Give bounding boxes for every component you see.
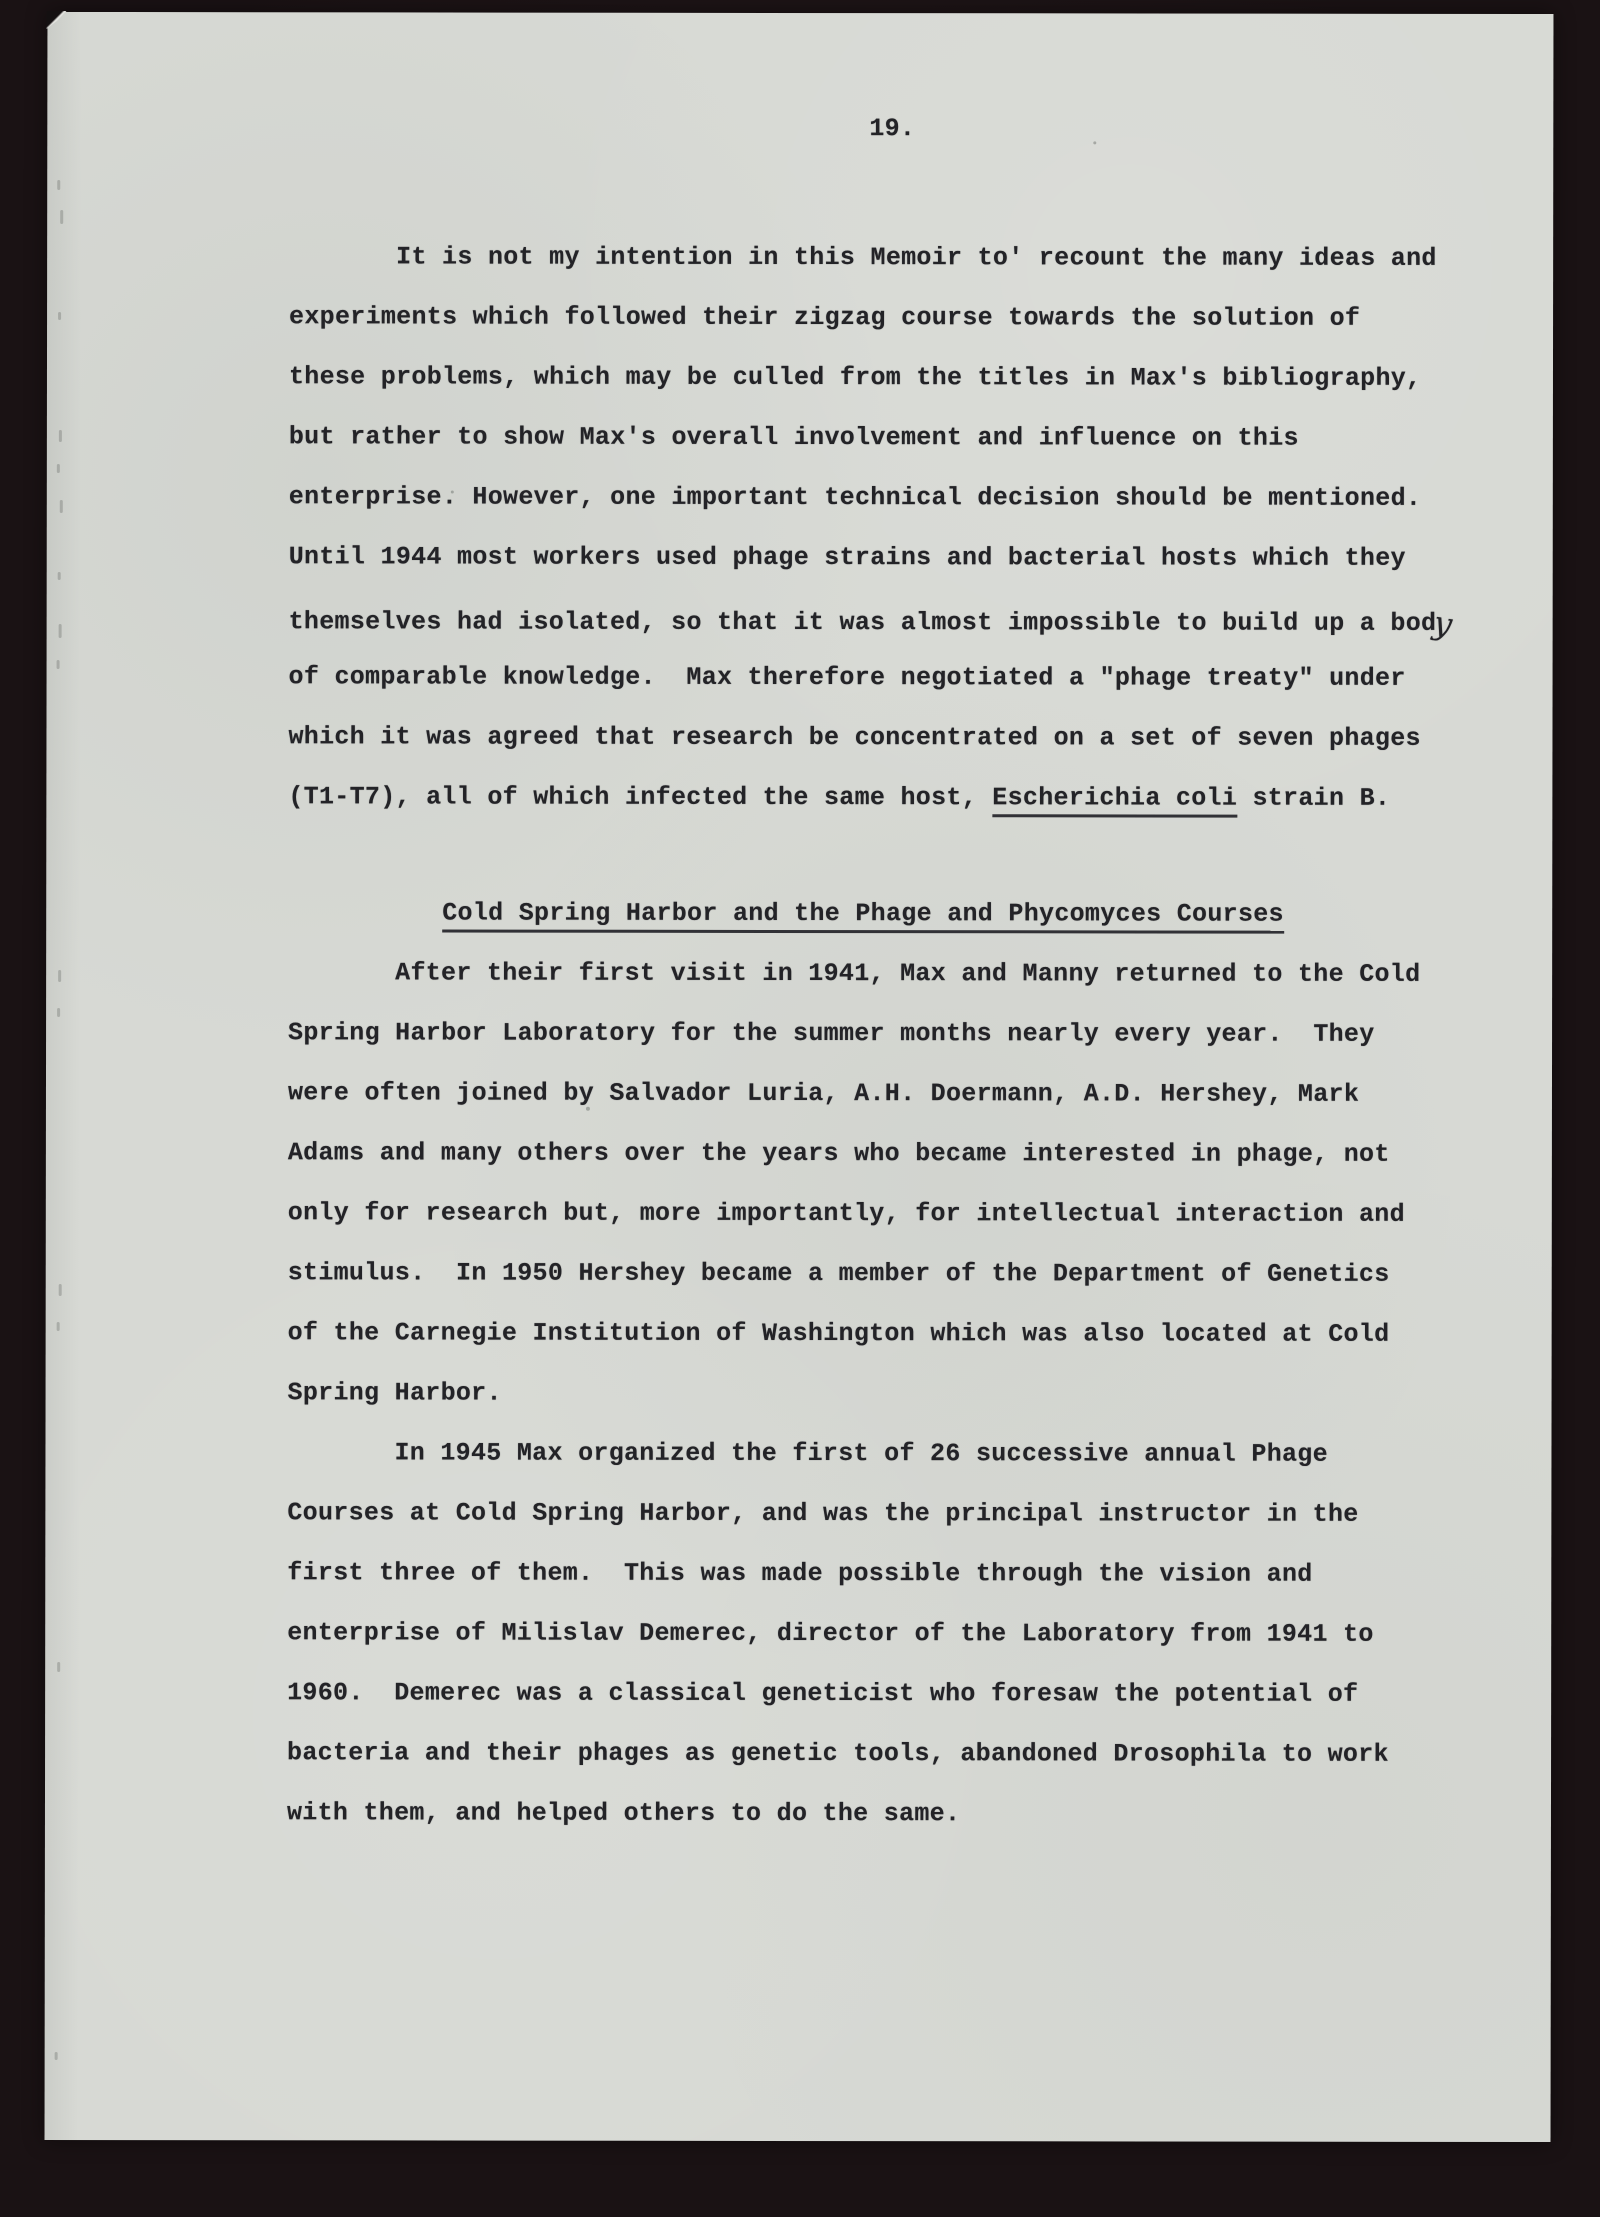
line-text: stimulus. In 1950 Hershey became a membe… <box>288 1258 1390 1289</box>
section-heading-line: Cold Spring Harbor and the Phage and Phy… <box>288 883 1528 945</box>
line-text: (T1-T7), all of which infected the same … <box>288 782 992 812</box>
text-line: enterprise of Milislav Demerec, director… <box>287 1603 1527 1665</box>
text-line: (T1-T7), all of which infected the same … <box>288 767 1528 829</box>
text-line: which it was agreed that research be con… <box>288 707 1528 769</box>
text-line: experiments which followed their zigzag … <box>289 287 1529 349</box>
text-line: Courses at Cold Spring Harbor, and was t… <box>287 1483 1527 1545</box>
line-text: 1960. Demerec was a classical geneticist… <box>287 1678 1358 1708</box>
line-text: first three of them. This was made possi… <box>287 1558 1312 1588</box>
text-line: these problems, which may be culled from… <box>289 347 1529 409</box>
left-edge-binding-marks <box>45 12 78 2140</box>
text-line: Until 1944 most workers used phage strai… <box>289 527 1529 589</box>
line-text: of the Carnegie Institution of Washingto… <box>288 1318 1390 1349</box>
line-text: of comparable knowledge. Max therefore n… <box>289 662 1406 693</box>
document-text: It is not my intention in this Memoir to… <box>287 227 1529 1845</box>
text-line: Spring Harbor Laboratory for the summer … <box>288 1003 1528 1065</box>
line-text: were often joined by Salvador Luria, A.H… <box>288 1078 1359 1108</box>
text-line: stimulus. In 1950 Hershey became a membe… <box>288 1243 1528 1305</box>
line-text: Spring Harbor Laboratory for the summer … <box>288 1018 1375 1049</box>
line-text: experiments which followed their zigzag … <box>289 302 1360 332</box>
line-text: Adams and many others over the years who… <box>288 1138 1390 1169</box>
line-text: bacteria and their phages as genetic too… <box>287 1738 1389 1769</box>
underlined-species-name: Escherichia coli <box>992 783 1237 817</box>
line-text: Until 1944 most workers used phage strai… <box>289 542 1406 573</box>
text-line: Spring Harbor. <box>288 1363 1528 1425</box>
handwritten-correction-y: y <box>1429 592 1457 654</box>
text-line: only for research but, more importantly,… <box>288 1183 1528 1245</box>
line-text: but rather to show Max's overall involve… <box>289 422 1299 452</box>
line-text: with them, and helped others to do the s… <box>287 1798 960 1828</box>
line-text: which it was agreed that research be con… <box>288 722 1420 753</box>
text-line: 1960. Demerec was a classical geneticist… <box>287 1663 1527 1725</box>
line-text: After their first visit in 1941, Max and… <box>395 958 1420 988</box>
line-text: enterprise of Milislav Demerec, director… <box>287 1618 1374 1649</box>
line-text: Spring Harbor. <box>288 1378 502 1407</box>
page-number: 19. <box>869 99 915 159</box>
line-text: enterprise. However, one important techn… <box>289 482 1421 513</box>
text-line: After their first visit in 1941, Max and… <box>288 943 1528 1005</box>
line-text: only for research but, more importantly,… <box>288 1198 1405 1229</box>
scanner-background: 19. It is not my intention in this Memoi… <box>0 0 1600 2217</box>
text-line: themselves had isolated, so that it was … <box>289 587 1529 649</box>
text-line: but rather to show Max's overall involve… <box>289 407 1529 469</box>
line-text: It is not my intention in this Memoir to… <box>396 242 1437 272</box>
text-line: It is not my intention in this Memoir to… <box>289 227 1529 289</box>
line-text: Courses at Cold Spring Harbor, and was t… <box>287 1498 1358 1528</box>
section-heading: Cold Spring Harbor and the Phage and Phy… <box>442 899 1284 934</box>
line-text: themselves had isolated, so that it was … <box>289 607 1437 638</box>
text-line: enterprise. However, one important techn… <box>289 467 1529 529</box>
line-text: strain B. <box>1237 784 1390 813</box>
text-line: bacteria and their phages as genetic too… <box>287 1723 1527 1785</box>
text-line: of the Carnegie Institution of Washingto… <box>288 1303 1528 1365</box>
line-text: In 1945 Max organized the first of 26 su… <box>394 1438 1327 1468</box>
dust-speck <box>1093 141 1096 144</box>
scanned-page: 19. It is not my intention in this Memoi… <box>45 12 1554 2142</box>
text-line: were often joined by Salvador Luria, A.H… <box>288 1063 1528 1125</box>
text-line: first three of them. This was made possi… <box>287 1543 1527 1605</box>
text-line: In 1945 Max organized the first of 26 su… <box>287 1423 1527 1485</box>
text-line: of comparable knowledge. Max therefore n… <box>289 647 1529 709</box>
line-text: these problems, which may be culled from… <box>289 362 1421 393</box>
text-line: Adams and many others over the years who… <box>288 1123 1528 1185</box>
text-line: with them, and helped others to do the s… <box>287 1783 1527 1845</box>
